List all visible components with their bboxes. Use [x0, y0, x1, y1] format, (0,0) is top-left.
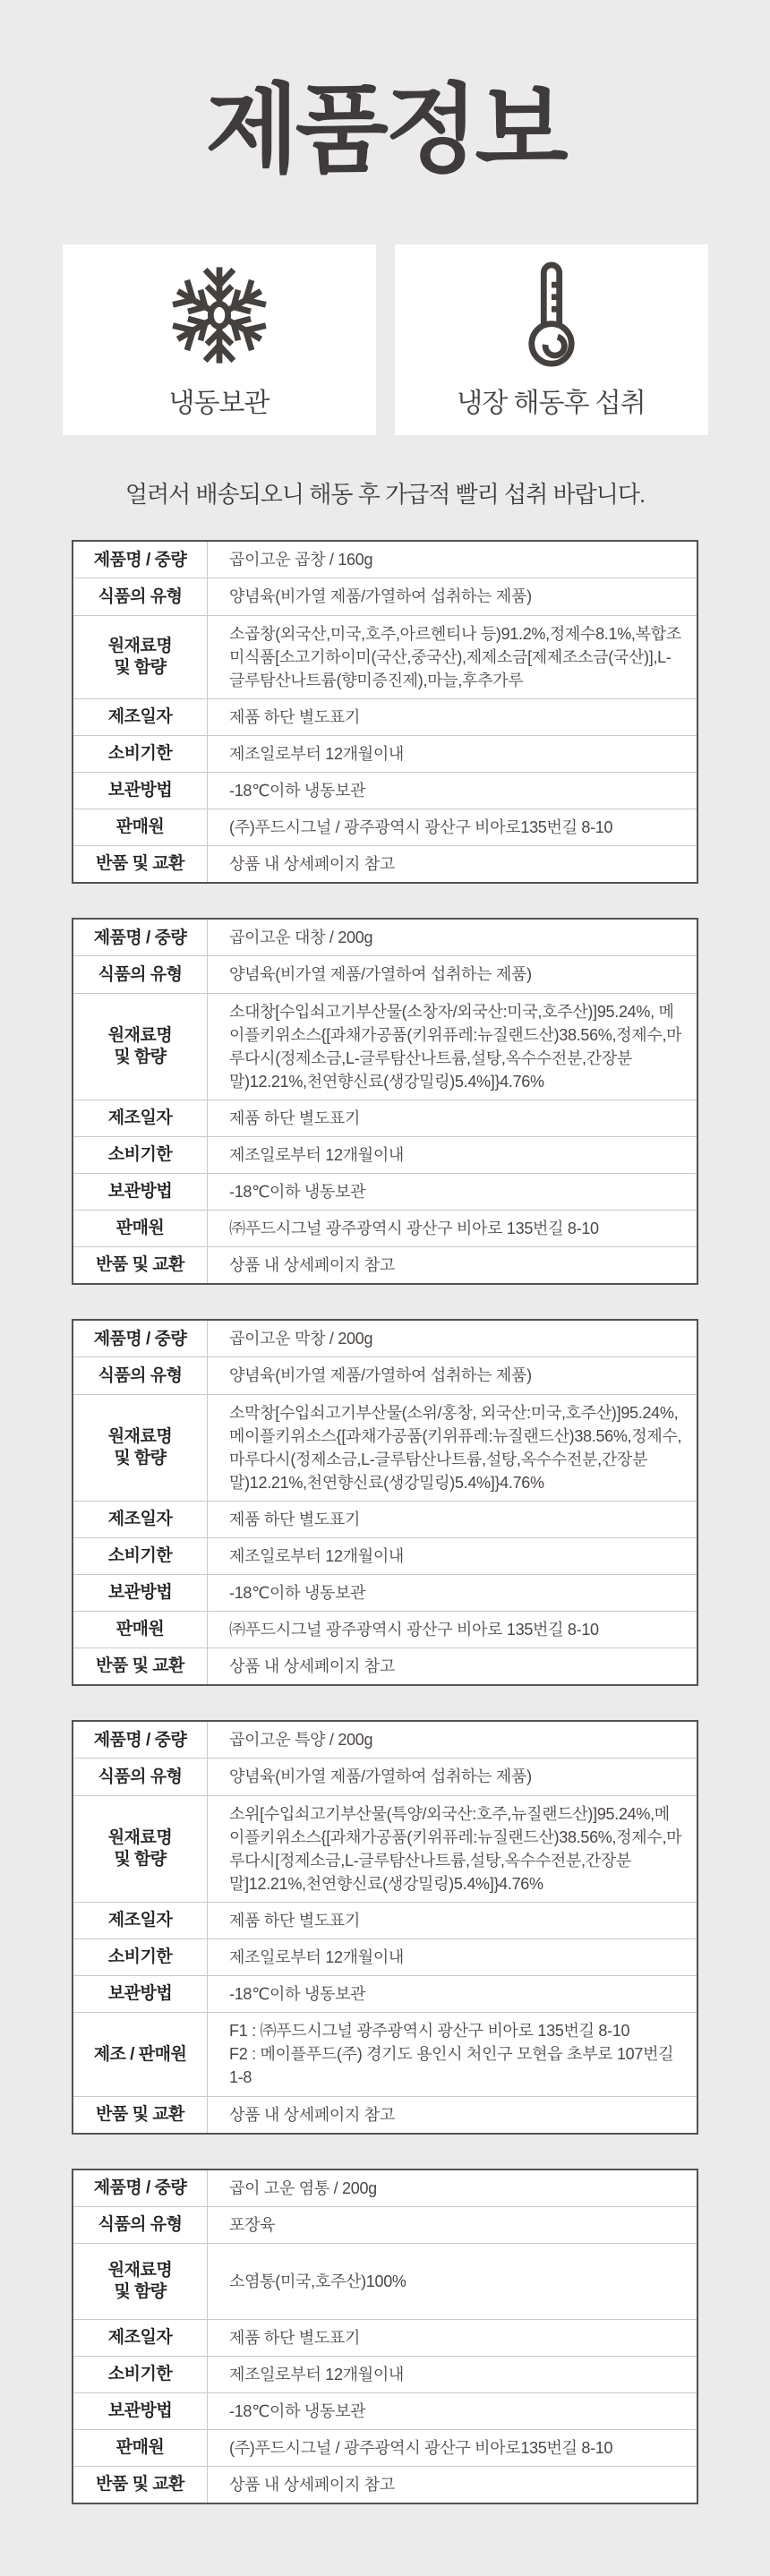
table-row: 반품 및 교환 상품 내 상세페이지 참고	[73, 1647, 697, 1684]
row-label: 원재료명 및 함량	[73, 1796, 208, 1902]
row-value: -18℃이하 냉동보관	[208, 773, 697, 809]
row-label: 원재료명 및 함량	[73, 1395, 208, 1501]
table-row: 제품명 / 중량 곱이고운 곱창 / 160g	[73, 542, 697, 578]
row-label: 판매원	[73, 1612, 208, 1647]
row-value: 상품 내 상세페이지 참고	[208, 1247, 697, 1283]
table-row: 반품 및 교환 상품 내 상세페이지 참고	[73, 2466, 697, 2503]
row-label: 제조일자	[73, 1502, 208, 1537]
row-value: 양념육(비가열 제품/가열하여 섭취하는 제품)	[208, 1357, 697, 1393]
row-value: 상품 내 상세페이지 참고	[208, 1648, 697, 1684]
row-value: 제조일로부터 12개월이내	[208, 1538, 697, 1574]
row-value: 곱이 고운 염통 / 200g	[208, 2170, 697, 2206]
table-row: 제조일자 제품 하단 별도표기	[73, 698, 697, 735]
page-title: 제품정보	[0, 79, 770, 180]
row-label: 원재료명 및 함량	[73, 994, 208, 1100]
table-row: 보관방법 -18℃이하 냉동보관	[73, 2392, 697, 2429]
row-value: 제품 하단 별도표기	[208, 1502, 697, 1537]
table-row: 제조일자 제품 하단 별도표기	[73, 1902, 697, 1938]
product-info-table: 제품명 / 중량 곱이고운 곱창 / 160g 식품의 유형 양념육(비가열 제…	[72, 540, 698, 884]
table-row: 보관방법 -18℃이하 냉동보관	[73, 1975, 697, 2012]
row-value: 소곱창(외국산,미국,호주,아르헨티나 등)91.2%,정제수8.1%,복합조미…	[208, 616, 697, 698]
table-row: 판매원 (주)푸드시그널 / 광주광역시 광산구 비아로135번길 8-10	[73, 2429, 697, 2466]
row-value: -18℃이하 냉동보관	[208, 1575, 697, 1611]
table-row: 제조일자 제품 하단 별도표기	[73, 2319, 697, 2356]
row-value: 포장육	[208, 2207, 697, 2243]
table-row: 판매원 ㈜푸드시그널 광주광역시 광산구 비아로 135번길 8-10	[73, 1210, 697, 1246]
table-row: 반품 및 교환 상품 내 상세페이지 참고	[73, 1246, 697, 1283]
row-label: 제품명 / 중량	[73, 2170, 208, 2206]
table-row: 소비기한 제조일로부터 12개월이내	[73, 1136, 697, 1173]
row-label: 소비기한	[73, 1137, 208, 1173]
row-label: 소비기한	[73, 2357, 208, 2392]
product-info-table: 제품명 / 중량 곱이고운 특양 / 200g 식품의 유형 양념육(비가열 제…	[72, 1720, 698, 2134]
row-value: 제조일로부터 12개월이내	[208, 1939, 697, 1975]
table-row: 소비기한 제조일로부터 12개월이내	[73, 2356, 697, 2392]
row-value: 양념육(비가열 제품/가열하여 섭취하는 제품)	[208, 1759, 697, 1794]
row-value: ㈜푸드시그널 광주광역시 광산구 비아로 135번길 8-10	[208, 1612, 697, 1647]
row-label: 제품명 / 중량	[73, 542, 208, 578]
table-row: 제품명 / 중량 곱이고운 대창 / 200g	[73, 920, 697, 955]
table-row: 제조 / 판매원 F1 : ㈜푸드시그널 광주광역시 광산구 비아로 135번길…	[73, 2012, 697, 2095]
row-label: 원재료명 및 함량	[73, 2244, 208, 2319]
thermometer-icon	[526, 261, 577, 370]
row-value: 상품 내 상세페이지 참고	[208, 2467, 697, 2503]
table-row: 원재료명 및 함량 소곱창(외국산,미국,호주,아르헨티나 등)91.2%,정제…	[73, 615, 697, 698]
shipping-notice: 얼려서 배송되오니 해동 후 가급적 빨리 섭취 바랍니다.	[0, 476, 770, 509]
product-tables: 제품명 / 중량 곱이고운 곱창 / 160g 식품의 유형 양념육(비가열 제…	[0, 540, 770, 2504]
row-label: 반품 및 교환	[73, 1247, 208, 1283]
row-value: 제품 하단 별도표기	[208, 2320, 697, 2356]
row-label: 보관방법	[73, 1575, 208, 1611]
table-row: 원재료명 및 함량 소위[수입쇠고기부산물(특양/외국산:호주,뉴질랜드산)]9…	[73, 1795, 697, 1902]
row-value: 양념육(비가열 제품/가열하여 섭취하는 제품)	[208, 578, 697, 614]
table-row: 식품의 유형 양념육(비가열 제품/가열하여 섭취하는 제품)	[73, 955, 697, 992]
row-label: 소비기한	[73, 1939, 208, 1975]
row-value: 곱이고운 곱창 / 160g	[208, 542, 697, 578]
row-label: 판매원	[73, 809, 208, 845]
table-row: 보관방법 -18℃이하 냉동보관	[73, 1574, 697, 1611]
row-value: 제품 하단 별도표기	[208, 699, 697, 735]
row-label: 식품의 유형	[73, 578, 208, 614]
table-row: 소비기한 제조일로부터 12개월이내	[73, 1938, 697, 1975]
table-row: 제품명 / 중량 곱이고운 특양 / 200g	[73, 1722, 697, 1758]
row-value: (주)푸드시그널 / 광주광역시 광산구 비아로135번길 8-10	[208, 809, 697, 845]
table-row: 반품 및 교환 상품 내 상세페이지 참고	[73, 2096, 697, 2133]
row-value: (주)푸드시그널 / 광주광역시 광산구 비아로135번길 8-10	[208, 2430, 697, 2466]
storage-badge-label: 냉동보관	[169, 381, 269, 420]
storage-badges: 냉동보관 냉장 해동후 섭취	[0, 244, 770, 435]
row-value: 소막창[수입쇠고기부산물(소위/홍창, 외국산:미국,호주산)]95.24%,메…	[208, 1395, 697, 1501]
table-row: 보관방법 -18℃이하 냉동보관	[73, 1173, 697, 1210]
table-row: 판매원 (주)푸드시그널 / 광주광역시 광산구 비아로135번길 8-10	[73, 809, 697, 845]
row-value: ㈜푸드시그널 광주광역시 광산구 비아로 135번길 8-10	[208, 1211, 697, 1246]
row-label: 반품 및 교환	[73, 1648, 208, 1684]
row-value: 제품 하단 별도표기	[208, 1903, 697, 1938]
row-value: -18℃이하 냉동보관	[208, 2393, 697, 2429]
row-label: 제품명 / 중량	[73, 920, 208, 955]
row-label: 원재료명 및 함량	[73, 616, 208, 698]
row-label: 제조일자	[73, 2320, 208, 2356]
table-row: 제품명 / 중량 곱이 고운 염통 / 200g	[73, 2170, 697, 2206]
product-info-table: 제품명 / 중량 곱이고운 대창 / 200g 식품의 유형 양념육(비가열 제…	[72, 918, 698, 1285]
row-value: 양념육(비가열 제품/가열하여 섭취하는 제품)	[208, 956, 697, 992]
row-value: 제조일로부터 12개월이내	[208, 1137, 697, 1173]
row-value: -18℃이하 냉동보관	[208, 1174, 697, 1210]
row-label: 보관방법	[73, 2393, 208, 2429]
table-row: 제조일자 제품 하단 별도표기	[73, 1100, 697, 1136]
row-label: 판매원	[73, 1211, 208, 1246]
row-value: 곱이고운 막창 / 200g	[208, 1321, 697, 1356]
snowflake-icon	[167, 261, 271, 370]
table-row: 판매원 ㈜푸드시그널 광주광역시 광산구 비아로 135번길 8-10	[73, 1611, 697, 1647]
row-label: 보관방법	[73, 1174, 208, 1210]
row-label: 제품명 / 중량	[73, 1722, 208, 1758]
row-label: 제품명 / 중량	[73, 1321, 208, 1356]
row-value: 소대창[수입쇠고기부산물(소창자/외국산:미국,호주산)]95.24%, 메이플…	[208, 994, 697, 1100]
table-row: 식품의 유형 양념육(비가열 제품/가열하여 섭취하는 제품)	[73, 1758, 697, 1794]
row-label: 식품의 유형	[73, 956, 208, 992]
row-label: 반품 및 교환	[73, 2467, 208, 2503]
row-label: 보관방법	[73, 1976, 208, 2012]
row-value: 소위[수입쇠고기부산물(특양/외국산:호주,뉴질랜드산)]95.24%,메이플키…	[208, 1796, 697, 1902]
row-value: 제품 하단 별도표기	[208, 1100, 697, 1136]
row-label: 보관방법	[73, 773, 208, 809]
row-label: 반품 및 교환	[73, 846, 208, 882]
table-row: 제조일자 제품 하단 별도표기	[73, 1501, 697, 1537]
row-label: 식품의 유형	[73, 2207, 208, 2243]
row-label: 소비기한	[73, 1538, 208, 1574]
row-value: 상품 내 상세페이지 참고	[208, 2097, 697, 2133]
table-row: 식품의 유형 양념육(비가열 제품/가열하여 섭취하는 제품)	[73, 1356, 697, 1393]
row-value: 제조일로부터 12개월이내	[208, 736, 697, 772]
table-row: 식품의 유형 포장육	[73, 2206, 697, 2243]
table-row: 반품 및 교환 상품 내 상세페이지 참고	[73, 845, 697, 882]
table-row: 식품의 유형 양념육(비가열 제품/가열하여 섭취하는 제품)	[73, 578, 697, 614]
row-label: 제조 / 판매원	[73, 2013, 208, 2095]
row-value: 곱이고운 특양 / 200g	[208, 1722, 697, 1758]
row-label: 식품의 유형	[73, 1357, 208, 1393]
row-label: 판매원	[73, 2430, 208, 2466]
row-value: -18℃이하 냉동보관	[208, 1976, 697, 2012]
row-label: 제조일자	[73, 1903, 208, 1938]
row-label: 제조일자	[73, 1100, 208, 1136]
table-row: 소비기한 제조일로부터 12개월이내	[73, 735, 697, 772]
storage-badge-thaw: 냉장 해동후 섭취	[395, 244, 708, 435]
row-label: 식품의 유형	[73, 1759, 208, 1794]
product-info-table: 제품명 / 중량 곱이고운 막창 / 200g 식품의 유형 양념육(비가열 제…	[72, 1319, 698, 1686]
row-value: 상품 내 상세페이지 참고	[208, 846, 697, 882]
table-row: 소비기한 제조일로부터 12개월이내	[73, 1537, 697, 1574]
storage-badge-frozen: 냉동보관	[63, 244, 376, 435]
row-value: 소염통(미국,호주산)100%	[208, 2244, 697, 2319]
row-value: 곱이고운 대창 / 200g	[208, 920, 697, 955]
table-row: 원재료명 및 함량 소막창[수입쇠고기부산물(소위/홍창, 외국산:미국,호주산…	[73, 1394, 697, 1501]
row-label: 소비기한	[73, 736, 208, 772]
row-label: 제조일자	[73, 699, 208, 735]
product-info-page: 제품정보 냉동보관	[0, 0, 770, 2576]
table-row: 원재료명 및 함량 소염통(미국,호주산)100%	[73, 2243, 697, 2319]
row-value: 제조일로부터 12개월이내	[208, 2357, 697, 2392]
table-row: 제품명 / 중량 곱이고운 막창 / 200g	[73, 1321, 697, 1356]
table-row: 보관방법 -18℃이하 냉동보관	[73, 772, 697, 809]
table-row: 원재료명 및 함량 소대창[수입쇠고기부산물(소창자/외국산:미국,호주산)]9…	[73, 993, 697, 1100]
row-value: F1 : ㈜푸드시그널 광주광역시 광산구 비아로 135번길 8-10 F2 …	[208, 2013, 697, 2095]
product-info-table: 제품명 / 중량 곱이 고운 염통 / 200g 식품의 유형 포장육 원재료명…	[72, 2169, 698, 2505]
row-label: 반품 및 교환	[73, 2097, 208, 2133]
storage-badge-label: 냉장 해동후 섭취	[457, 381, 646, 420]
